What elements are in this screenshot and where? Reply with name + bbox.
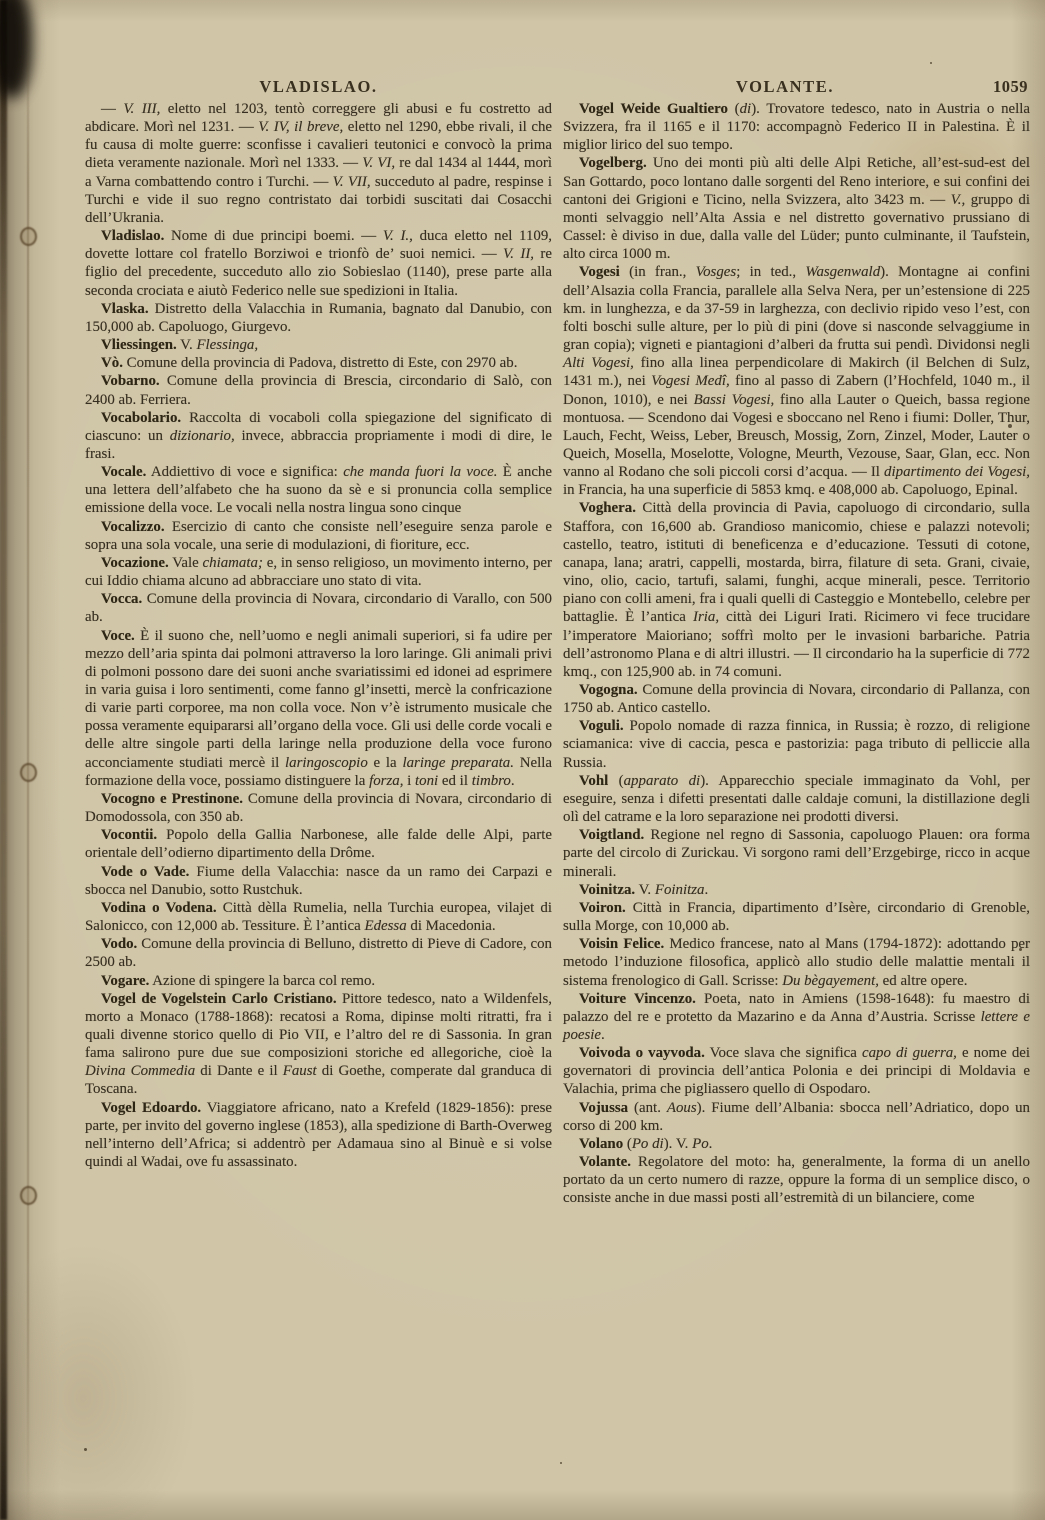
dictionary-entry: Voivoda o vayvoda. Voce slava che signif… <box>563 1044 1030 1098</box>
entry-headword: Voivoda o vayvoda. <box>579 1045 705 1061</box>
dictionary-entry: Vocogno e Prestinone. Comune della provi… <box>85 790 552 826</box>
italic-text-run: Vosges <box>696 264 737 280</box>
italic-text-run: Aous <box>667 1100 697 1116</box>
text-run: È il suono che, nell’uomo e negli animal… <box>85 628 552 771</box>
paper-speck-decoration <box>560 1462 562 1464</box>
dictionary-entry: Voisin Felice. Medico francese, nato al … <box>563 935 1030 989</box>
entry-headword: Vogogna. <box>579 682 638 698</box>
dictionary-entry: Vogelberg. Uno dei monti più alti delle … <box>563 154 1030 263</box>
text-run: Regolatore del moto: ha, generalmente, l… <box>563 1154 1030 1206</box>
dictionary-entry: Voigtland. Regione nel regno di Sassonia… <box>563 826 1030 880</box>
dictionary-entry: Vogel de Vogelstein Carlo Cristiano. Pit… <box>85 990 552 1099</box>
entry-headword: Vogel de Vogelstein Carlo Cristiano. <box>101 991 337 1007</box>
text-run: V. <box>635 882 655 898</box>
right-column-header: VOLANTE. <box>585 77 985 99</box>
entry-headword: Vladislao. <box>101 228 164 244</box>
italic-text-run: toni <box>415 773 438 789</box>
text-run: (ant. <box>628 1100 667 1116</box>
dictionary-entry: Voiture Vincenzo. Poeta, nato in Amiens … <box>563 990 1030 1044</box>
italic-text-run: Flessinga, <box>196 337 258 353</box>
entry-headword: Voiture Vincenzo. <box>579 991 696 1007</box>
dictionary-entry: Vocabolario. Raccolta di vocaboli colla … <box>85 409 552 463</box>
dictionary-entry: Vodina o Vodena. Città dèlla Rumelia, ne… <box>85 899 552 935</box>
text-run: ; in ted., <box>736 264 805 280</box>
dictionary-entry: Vogel Weide Gualtiero (di). Trovatore te… <box>563 100 1030 154</box>
entry-headword: Vliessingen. <box>101 337 177 353</box>
text-run: in Francia, ha una superficie di 5853 km… <box>563 482 1018 498</box>
text-run: ed altre opere. <box>879 973 967 989</box>
text-run: Comune della provincia di Padova, distre… <box>123 355 518 371</box>
dictionary-entry: — V. III, eletto nel 1203, tentò corregg… <box>85 100 552 227</box>
text-run: ( <box>608 773 623 789</box>
italic-text-run: Edessa <box>364 918 406 934</box>
stitch-mark-decoration <box>20 227 37 246</box>
text-run: Popolo nomade di razza finnica, in Russi… <box>563 718 1030 770</box>
page-number: 1059 <box>993 77 1028 97</box>
dictionary-entry: Vojussa (ant. Aous). Fiume dell’Albania:… <box>563 1099 1030 1135</box>
entry-headword: Vohl <box>579 773 608 789</box>
italic-text-run: V. VII, <box>333 174 371 190</box>
dictionary-entry: Vohl (apparato di). Apparecchio speciale… <box>563 772 1030 826</box>
dictionary-entry: Vogare. Azione di spingere la barca col … <box>85 972 552 990</box>
text-run: Città in Francia, dipartimento d’Isère, … <box>563 900 1030 934</box>
stitch-mark-decoration <box>20 1186 37 1205</box>
left-column: — V. III, eletto nel 1203, tentò corregg… <box>85 100 552 1171</box>
italic-text-run: forza, <box>369 773 403 789</box>
book-page: VLADISLAO. VOLANTE. 1059 — V. III, elett… <box>0 0 1045 1520</box>
text-run: Nome di due principi boemi. — <box>164 228 383 244</box>
italic-text-run: apparato di <box>624 773 701 789</box>
entry-headword: Vocale. <box>101 464 146 480</box>
entry-headword: Vode o Vade. <box>101 864 189 880</box>
entry-headword: Vojussa <box>579 1100 628 1116</box>
dictionary-entry: Vladislao. Nome di due principi boemi. —… <box>85 227 552 300</box>
dictionary-entry: Vlaska. Distretto della Valacchia in Rum… <box>85 300 552 336</box>
entry-headword: Voguli. <box>579 718 624 734</box>
stitch-mark-decoration <box>20 763 37 782</box>
italic-text-run: Faust <box>283 1063 317 1079</box>
entry-headword: Vocontii. <box>101 827 157 843</box>
entry-headword: Vocazione. <box>101 555 169 571</box>
entry-headword: Voinitza. <box>579 882 635 898</box>
entry-headword: Vodina o Vodena. <box>101 900 217 916</box>
text-run: Distretto della Valacchia in Rumania, ba… <box>85 301 552 335</box>
italic-text-run: Bassi Vogesi, <box>694 392 775 408</box>
text-run: V. <box>177 337 197 353</box>
italic-text-run: Wasgenwald <box>805 264 880 280</box>
entry-headword: Vlaska. <box>101 301 149 317</box>
entry-headword: Vogel Edoardo. <box>101 1100 201 1116</box>
text-run: i <box>403 773 415 789</box>
dictionary-entry: Vogogna. Comune della provincia di Novar… <box>563 681 1030 717</box>
italic-text-run: V. VI, <box>362 155 395 171</box>
dictionary-entry: Voinitza. V. Foinitza. <box>563 881 1030 899</box>
dictionary-entry: Vocazione. Vale chiamata; e, in senso re… <box>85 554 552 590</box>
entry-headword: Voigtland. <box>579 827 644 843</box>
dictionary-entry: Vocca. Comune della provincia di Novara,… <box>85 590 552 626</box>
text-run: . <box>709 1136 713 1152</box>
text-run: ( <box>623 1136 632 1152</box>
italic-text-run: laringoscopio <box>285 755 368 771</box>
entry-headword: Voce. <box>101 628 135 644</box>
italic-text-run: dizionario, <box>170 428 235 444</box>
italic-text-run: timbro <box>472 773 511 789</box>
italic-text-run: capo di guerra, <box>862 1045 957 1061</box>
dictionary-entry: Vogel Edoardo. Viaggiatore africano, nat… <box>85 1099 552 1172</box>
entry-headword: Vogesi <box>579 264 620 280</box>
entry-headword: Vocabolario. <box>101 410 181 426</box>
italic-text-run: V. I., <box>383 228 413 244</box>
italic-text-run: V. III, <box>123 101 160 117</box>
text-run: . <box>705 882 709 898</box>
entry-headword: Vocalizzo. <box>101 519 165 535</box>
italic-text-run: Foinitza <box>655 882 705 898</box>
entry-headword: Vogel Weide Gualtiero <box>579 101 728 117</box>
italic-text-run: Vogesi Medî, <box>651 373 730 389</box>
entry-headword: Vocca. <box>101 591 142 607</box>
italic-text-run: Du bègayement, <box>782 973 879 989</box>
dictionary-entry: Volante. Regolatore del moto: ha, genera… <box>563 1153 1030 1207</box>
dictionary-entry: Voce. È il suono che, nell’uomo e negli … <box>85 627 552 790</box>
entry-headword: Volano <box>579 1136 623 1152</box>
dictionary-entry: Voguli. Popolo nomade di razza finnica, … <box>563 717 1030 771</box>
italic-text-run: Iria, <box>693 609 719 625</box>
text-run: di Macedonia. <box>407 918 496 934</box>
italic-text-run: Po di <box>632 1136 664 1152</box>
text-run: Vale <box>169 555 203 571</box>
dictionary-entry: Voiron. Città in Francia, dipartimento d… <box>563 899 1030 935</box>
dictionary-entry: Vocale. Addiettivo di voce e significa: … <box>85 463 552 517</box>
italic-text-run: V., <box>951 192 966 208</box>
entry-headword: Volante. <box>579 1154 631 1170</box>
italic-text-run: che manda fuori la voce. <box>343 464 497 480</box>
italic-text-run: Po <box>692 1136 709 1152</box>
italic-text-run: Alti Vogesi, <box>563 355 634 371</box>
dictionary-entry: Vò. Comune della provincia di Padova, di… <box>85 354 552 372</box>
text-run: Azione di spingere la barca col remo. <box>149 973 375 989</box>
italic-text-run: dipartimento dei Vogesi, <box>884 464 1030 480</box>
italic-text-run: Divina Commedia <box>85 1063 195 1079</box>
italic-text-run: V. IV, <box>258 119 289 135</box>
dictionary-entry: Vogesi (in fran., Vosges; in ted., Wasge… <box>563 263 1030 499</box>
entry-headword: Vodo. <box>101 936 137 952</box>
text-run: Comune della provincia di Belluno, distr… <box>85 936 552 970</box>
text-run: . <box>601 1027 605 1043</box>
right-column: Vogel Weide Gualtiero (di). Trovatore te… <box>563 100 1030 1208</box>
entry-headword: Vobarno. <box>101 373 160 389</box>
text-run: ed il <box>438 773 472 789</box>
entry-headword: Voisin Felice. <box>579 936 664 952</box>
dictionary-entry: Vodo. Comune della provincia di Belluno,… <box>85 935 552 971</box>
entry-headword: Vocogno e Prestinone. <box>101 791 243 807</box>
dictionary-entry: Vliessingen. V. Flessinga, <box>85 336 552 354</box>
dictionary-entry: Vode o Vade. Fiume della Valacchia: nasc… <box>85 863 552 899</box>
italic-text-run: di <box>740 101 752 117</box>
text-run: e la <box>368 755 403 771</box>
dictionary-entry: Vobarno. Comune della provincia di Bresc… <box>85 372 552 408</box>
italic-text-run: chiamata; <box>203 555 263 571</box>
left-column-header: VLADISLAO. <box>85 77 552 99</box>
entry-headword: Vogelberg. <box>579 155 647 171</box>
dictionary-entry: Vocalizzo. Esercizio di canto che consis… <box>85 518 552 554</box>
entry-headword: Vogare. <box>101 973 149 989</box>
paper-speck-decoration <box>84 1448 87 1451</box>
italic-text-run: il breve, <box>294 119 343 135</box>
text-run: Addiettivo di voce e significa: <box>146 464 343 480</box>
text-run: di Dante e il <box>195 1063 283 1079</box>
text-run: Voce slava che significa <box>705 1045 862 1061</box>
entry-headword: Voiron. <box>579 900 626 916</box>
dictionary-entry: Volano (Po di). V. Po. <box>563 1135 1030 1153</box>
dictionary-entry: Vocontii. Popolo della Gallia Narbonese,… <box>85 826 552 862</box>
text-run: ( <box>728 101 740 117</box>
paper-speck-decoration <box>930 62 932 64</box>
text-run: Città della provincia di Pavia, capoluog… <box>563 500 1030 625</box>
entry-headword: Voghera. <box>579 500 636 516</box>
italic-text-run: V. II, <box>503 246 534 262</box>
binding-edge-decoration <box>0 0 7 1520</box>
entry-headword: Vò. <box>101 355 123 371</box>
dictionary-entry: Voghera. Città della provincia di Pavia,… <box>563 499 1030 681</box>
text-run: . <box>511 773 515 789</box>
text-run: ). V. <box>664 1136 692 1152</box>
italic-text-run: laringe preparata. <box>402 755 514 771</box>
text-run: (in fran., <box>620 264 696 280</box>
text-run: Comune della provincia di Novara, circon… <box>85 591 552 625</box>
text-run: — <box>101 101 123 117</box>
